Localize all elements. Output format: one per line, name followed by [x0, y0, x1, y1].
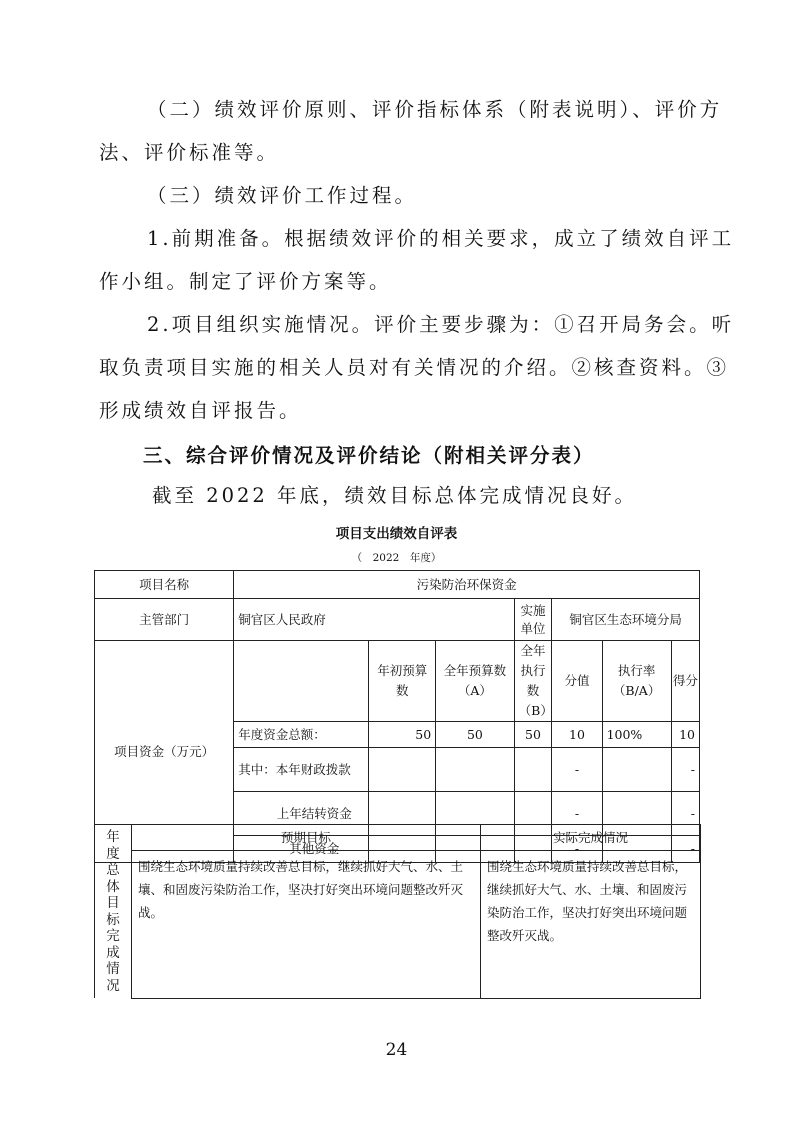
expected-goal-text: 围绕生态环境质量持续改善总目标，继续抓好大气、水、土壤、和固废污染防治工作，坚决…	[132, 851, 481, 998]
cell-initial	[369, 748, 436, 792]
paragraph-principles-line2: 法、评价标准等。	[99, 141, 279, 165]
cell-score: -	[671, 748, 699, 792]
dept-value: 铜官区人民政府	[234, 599, 514, 641]
project-name-value: 污染防治环保资金	[234, 571, 700, 599]
cell-weight: 10	[552, 722, 602, 748]
cell-rate: 100%	[602, 722, 671, 748]
table-title: 项目支出绩效自评表	[0, 522, 793, 542]
paragraph-prep-line1: 1.前期准备。根据绩效评价的相关要求，成立了绩效自评工	[147, 227, 734, 251]
dept-label: 主管部门	[95, 599, 234, 641]
page-number: 24	[0, 1040, 793, 1060]
table-subtitle: （ 2022 年度）	[0, 550, 793, 565]
row-label: 其中：本年财政拨款	[234, 748, 369, 792]
paragraph-impl-line3: 形成绩效自评报告。	[99, 399, 302, 423]
header-blank	[234, 641, 369, 722]
paragraph-principles-line1: （二）绩效评价原则、评价指标体系（附表说明）、评价方	[147, 98, 722, 122]
paragraph-prep-line2: 作小组。制定了评价方案等。	[99, 270, 392, 294]
actual-completion-text: 围绕生态环境质量持续改善总目标，继续抓好大气、水、土壤、和固废污染防治工作，坚决…	[481, 851, 701, 998]
cell-rate	[602, 748, 671, 792]
project-name-label: 项目名称	[95, 571, 234, 599]
goals-table: 年度总体目标完成情况 预期目标 实际完成情况 围绕生态环境质量持续改善总目标，继…	[94, 824, 701, 999]
cell-executed	[514, 748, 552, 792]
header-annual-executed: 全年执行数（B）	[514, 641, 552, 722]
header-initial-budget: 年初预算数	[369, 641, 436, 722]
header-score: 得分	[671, 641, 699, 722]
cell-annual: 50	[436, 722, 514, 748]
goal-section-label: 年度总体目标完成情况	[95, 825, 132, 999]
evaluation-table: 项目名称 污染防治环保资金 主管部门 铜官区人民政府 实施单位 铜官区生态环境分…	[94, 570, 700, 863]
actual-completion-header: 实际完成情况	[481, 825, 701, 851]
header-weight: 分值	[552, 641, 602, 722]
impl-label: 实施单位	[514, 599, 552, 641]
paragraph-impl-line1: 2.项目组织实施情况。评价主要步骤为：①召开局务会。听	[147, 313, 734, 337]
section-heading: 三、综合评价情况及评价结论（附相关评分表）	[143, 440, 595, 468]
conclusion-text: 截至 2022 年底，绩效目标总体完成情况良好。	[152, 484, 637, 508]
paragraph-process-heading: （三）绩效评价工作过程。	[147, 184, 417, 208]
cell-annual	[436, 748, 514, 792]
expected-goal-header: 预期目标	[132, 825, 481, 851]
cell-weight: -	[552, 748, 602, 792]
impl-value: 铜官区生态环境分局	[552, 599, 700, 641]
cell-initial: 50	[369, 722, 436, 748]
row-label: 年度资金总额：	[234, 722, 369, 748]
paragraph-impl-line2: 取负责项目实施的相关人员对有关情况的介绍。②核查资料。③	[99, 356, 729, 380]
header-annual-budget: 全年预算数（A）	[436, 641, 514, 722]
header-exec-rate: 执行率（B/A）	[602, 641, 671, 722]
cell-score: 10	[671, 722, 699, 748]
cell-executed: 50	[514, 722, 552, 748]
